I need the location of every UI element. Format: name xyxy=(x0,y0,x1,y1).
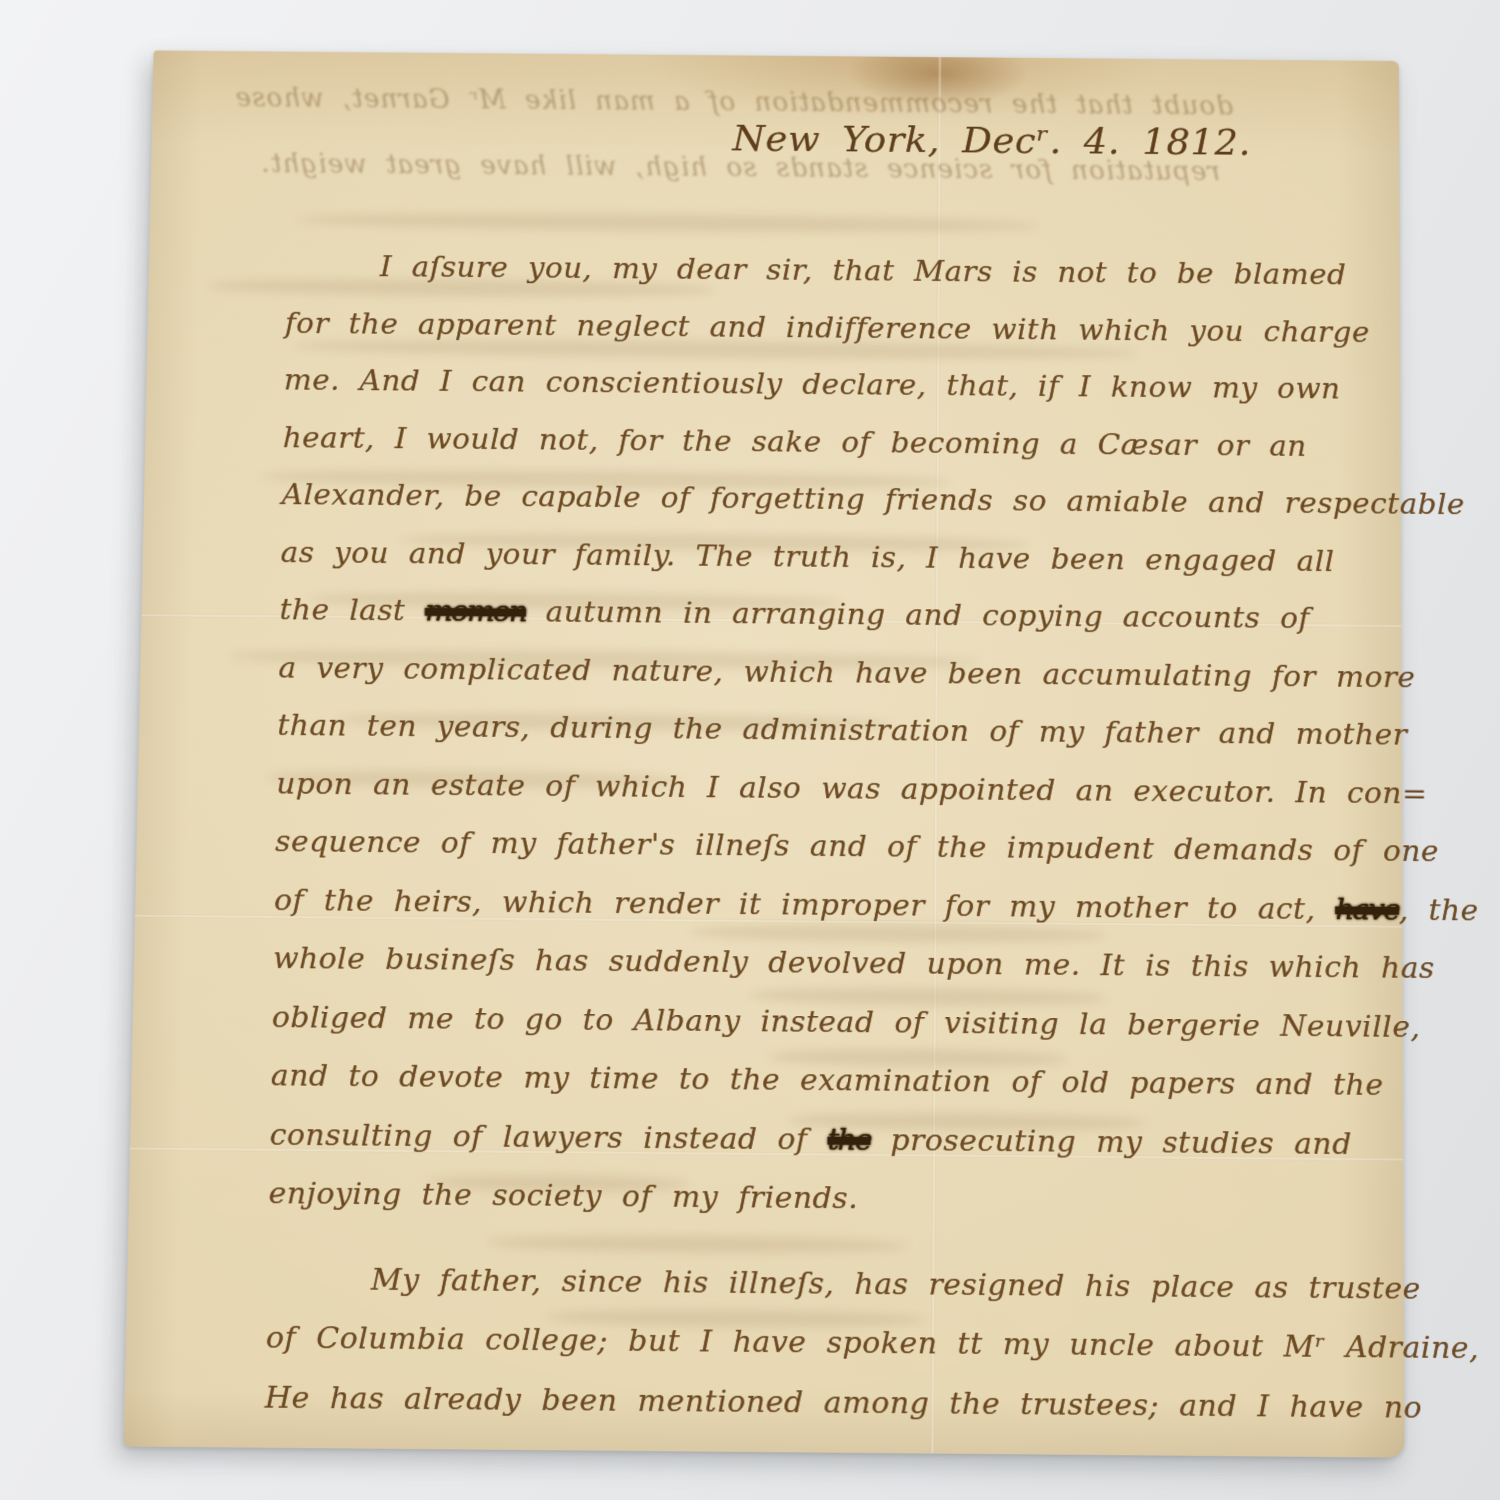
letter-line: enjoying the society of my friends. xyxy=(268,1165,1316,1233)
letter-line: and to devote my time to the examination… xyxy=(270,1047,1315,1115)
photograph: doubt that the recommendation of a man l… xyxy=(124,50,1405,1457)
letter-text: Alexander, be capable of forgetting frie… xyxy=(281,478,1465,522)
letter-line: for the apparent neglect and indifferenc… xyxy=(284,295,1313,361)
letter-text: than ten years, during the administratio… xyxy=(277,709,1407,753)
letter-text: a very complicated nature, which have be… xyxy=(278,651,1415,695)
letter-line: My father, since his illneſs, has resign… xyxy=(267,1249,1316,1317)
letter-text: me. And I can conscientiously declare, t… xyxy=(284,364,1341,407)
letter-line: as you and your family. The truth is, I … xyxy=(280,524,1314,590)
letter-text: He has already been mentioned among the … xyxy=(265,1380,1423,1425)
letter-line: upon an estate of which I also was appoi… xyxy=(276,755,1315,822)
letter-text: of Columbia college; but I have spoken t… xyxy=(266,1321,1480,1367)
dateline: New York, Decʳ. 4. 1812. xyxy=(288,103,1313,174)
letter-line: me. And I can conscientiously declare, t… xyxy=(283,352,1314,418)
letter-text: prosecuting my studies and xyxy=(870,1123,1352,1162)
letter-line: than ten years, during the administratio… xyxy=(277,697,1315,764)
letter-text: whole busineſs has suddenly devolved upo… xyxy=(273,941,1435,985)
letter-text: and to devote my time to the examination… xyxy=(271,1059,1384,1103)
letter-line: sequence of my father's illneſs and of t… xyxy=(275,813,1315,880)
obliterated-word: the xyxy=(827,1122,870,1157)
letter-text: , the xyxy=(1399,893,1479,928)
letter-line: the last momon autumn in arranging and c… xyxy=(279,581,1314,648)
letter-text: enjoying the society of my friends. xyxy=(268,1176,858,1216)
letter-text: consulting of lawyers instead of xyxy=(269,1117,827,1157)
letter-text: for the apparent neglect and indifferenc… xyxy=(285,306,1370,349)
letter-line: heart, I would not, for the sake of beco… xyxy=(282,409,1314,475)
obliterated-word: have xyxy=(1335,892,1398,927)
letter-line: of the heirs, which render it improper f… xyxy=(274,871,1316,938)
letter-text: heart, I would not, for the sake of beco… xyxy=(282,421,1306,463)
letter-text: of the heirs, which render it improper f… xyxy=(274,883,1336,927)
letter-text: the last xyxy=(279,593,425,628)
letter-text: as you and your family. The truth is, I … xyxy=(280,535,1334,578)
letter-text: My father, since his illneſs, has resign… xyxy=(371,1262,1421,1306)
letter-line: Alexander, be capable of forgetting frie… xyxy=(281,466,1314,532)
letter-line: whole busineſs has suddenly devolved upo… xyxy=(273,930,1316,998)
letter-text: sequence of my father's illneſs and of t… xyxy=(275,825,1439,869)
letter-paper: doubt that the recommendation of a man l… xyxy=(124,50,1405,1457)
letter-text: obliged me to go to Albany instead of vi… xyxy=(272,1000,1421,1044)
letter-text: autumn in arranging and copying accounts… xyxy=(526,595,1310,636)
letter-line: He has already been mentioned among the … xyxy=(264,1368,1316,1437)
letter-text: I aſsure you, my dear sir, that Mars is … xyxy=(380,250,1347,292)
letter-line: a very complicated nature, which have be… xyxy=(278,639,1315,706)
letter-text: upon an estate of which I also was appoi… xyxy=(276,767,1427,811)
letter-line: obliged me to go to Albany instead of vi… xyxy=(271,988,1315,1056)
letter-line: consulting of lawyers instead of the pro… xyxy=(269,1106,1315,1174)
bleedthrough-lines: doubt that the recommendation of a man l… xyxy=(154,50,1399,61)
obliterated-word: momon xyxy=(425,594,526,629)
letter-line: I aſsure you, my dear sir, that Mars is … xyxy=(285,238,1313,304)
letter-line: of Columbia college; but I have spoken t… xyxy=(265,1309,1316,1378)
letter-body: I aſsure you, my dear sir, that Mars is … xyxy=(264,238,1316,1437)
letter-text-block: New York, Decʳ. 4. 1812. I aſsure you, m… xyxy=(264,103,1316,1437)
